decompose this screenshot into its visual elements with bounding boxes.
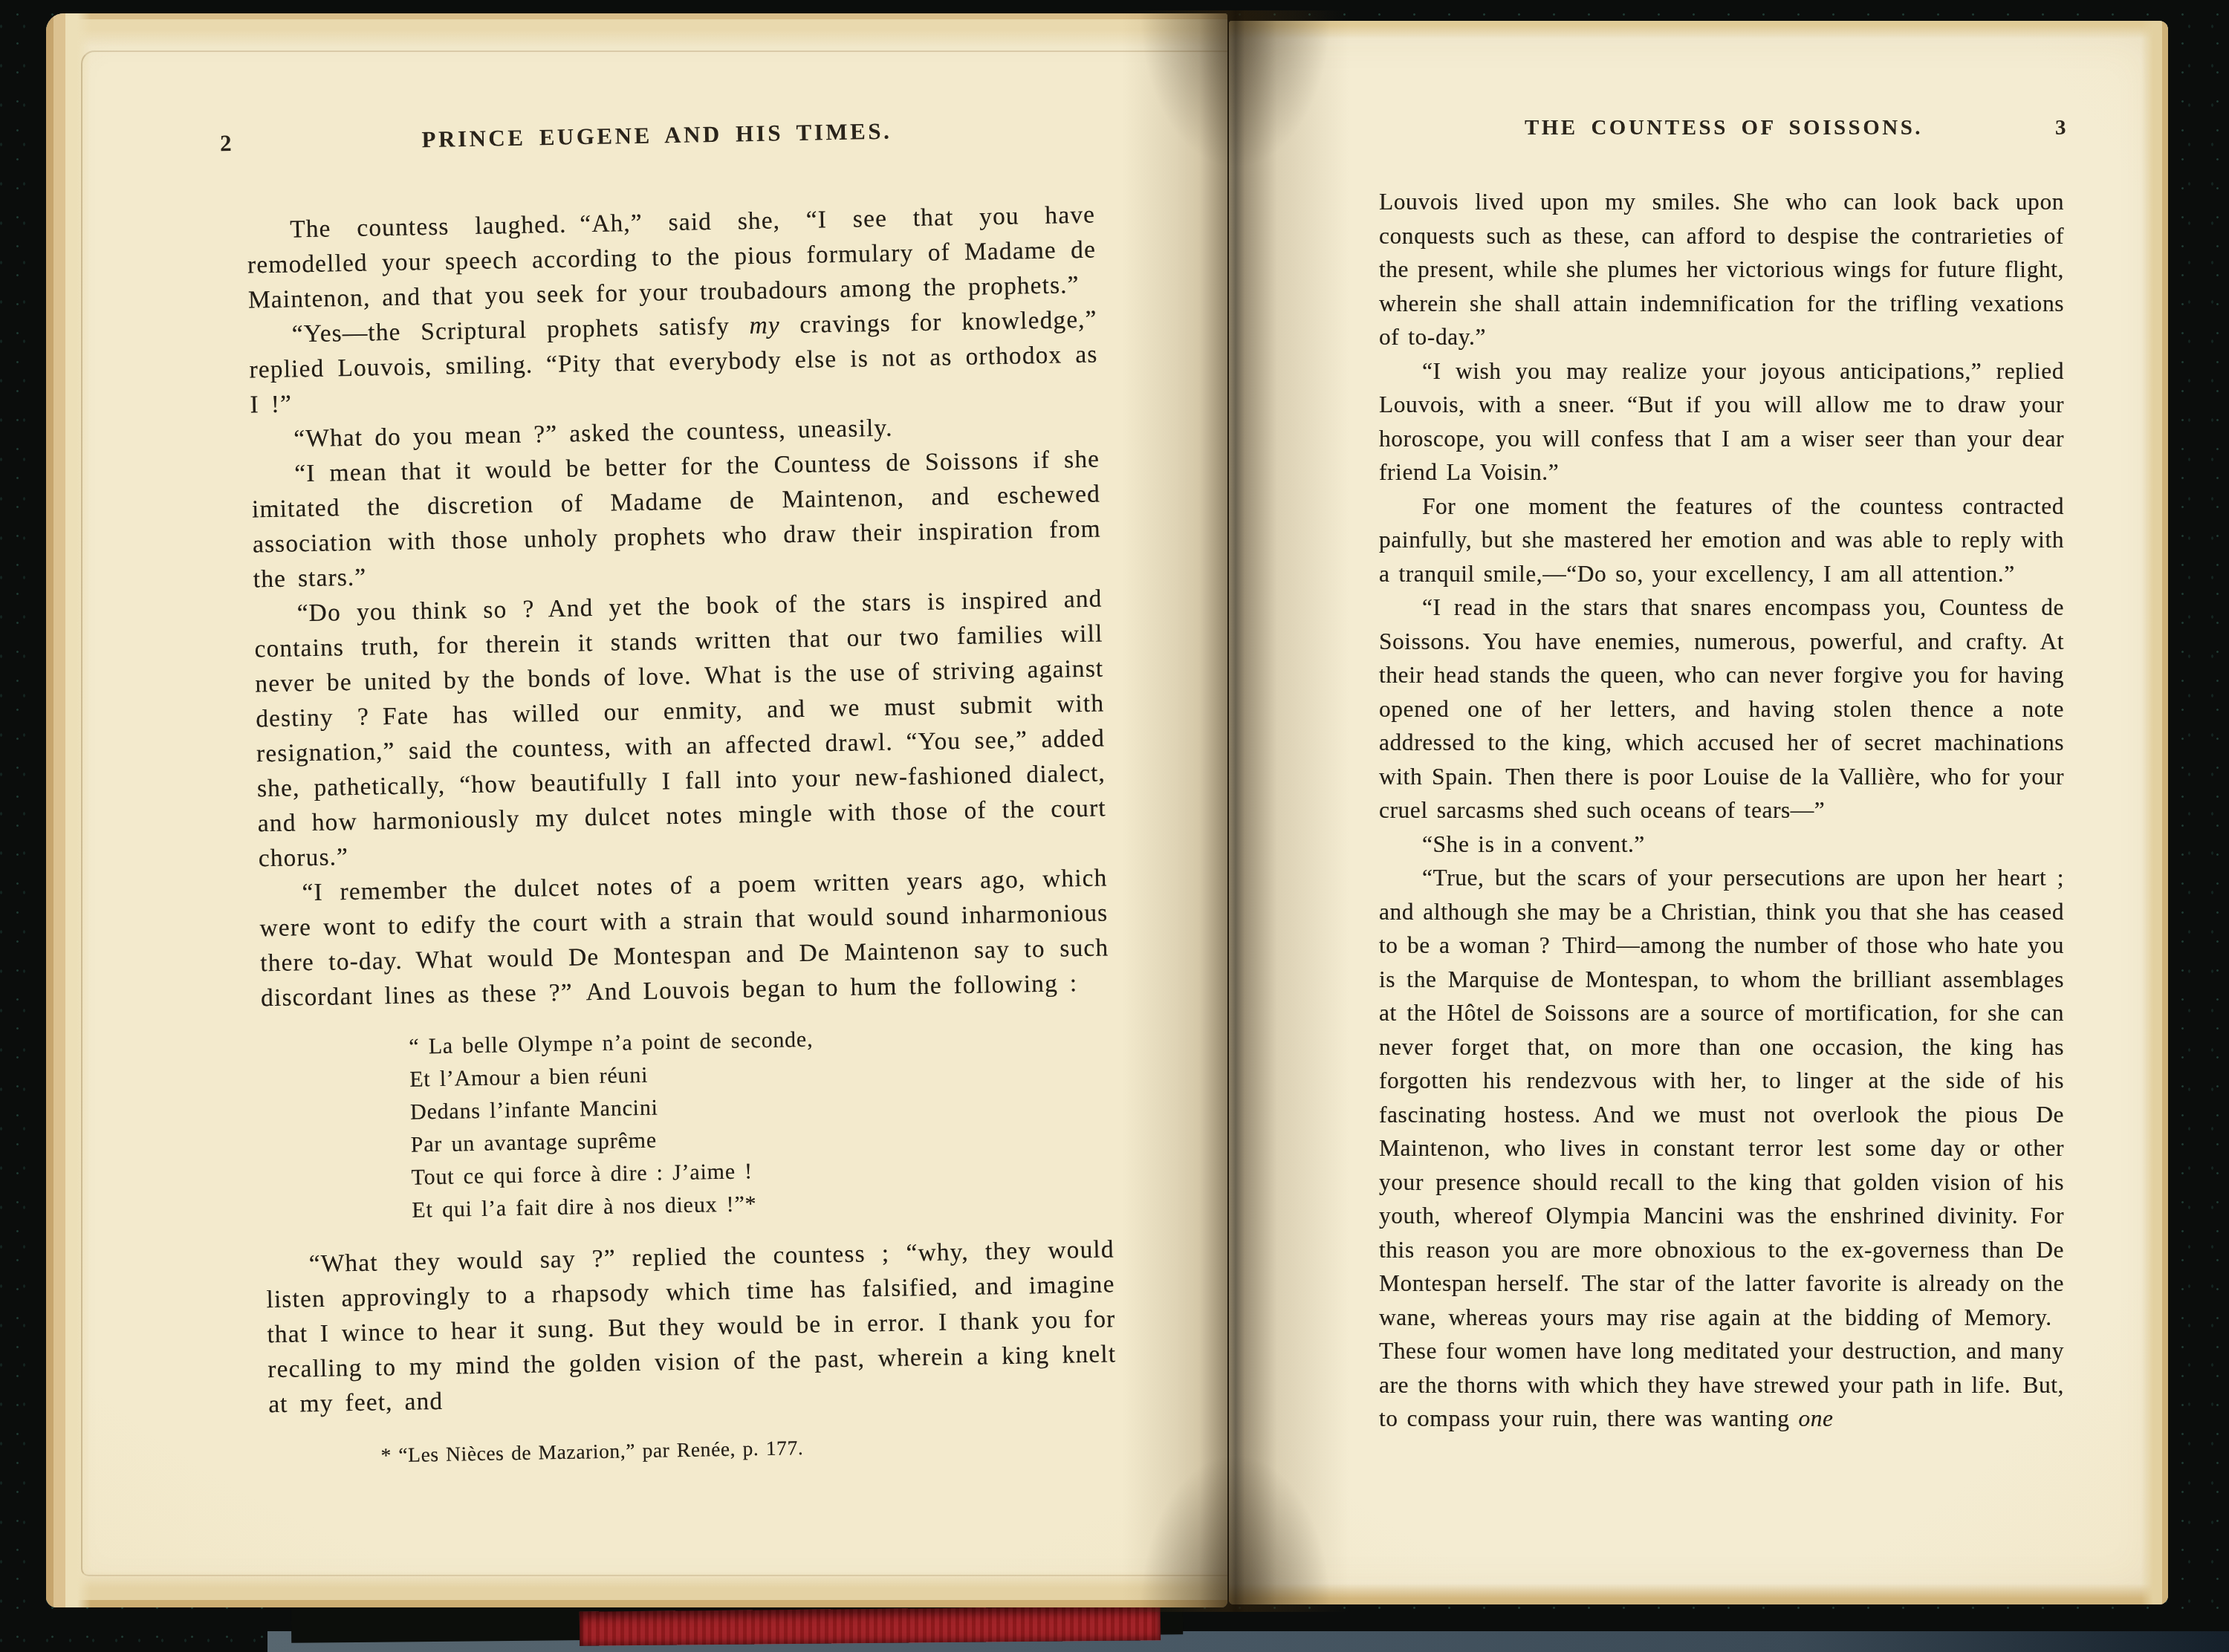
page-right-body: Louvois lived upon my smiles. She who ca… — [1379, 185, 2064, 1436]
page-left: 2 PRINCE EUGENE AND HIS TIMES. The count… — [46, 13, 1227, 1607]
paragraph: “I wish you may realize your joyous anti… — [1379, 354, 2064, 490]
running-head: PRINCE EUGENE AND HIS TIMES. — [282, 115, 1031, 155]
text-segment: “True, but the scars of your persecution… — [1379, 865, 2064, 1431]
footnote: * “Les Nièces de Mazarion,” par Renée, p… — [380, 1428, 1117, 1469]
running-head: THE COUNTESS OF SOISSONS. — [1441, 116, 2006, 140]
open-book-spread: 2 PRINCE EUGENE AND HIS TIMES. The count… — [46, 10, 2168, 1612]
italic-word: my — [749, 311, 780, 339]
paragraph: “She is in a convent.” — [1379, 827, 2064, 862]
header-spacer — [1031, 135, 1094, 137]
paragraph: “I remember the dulcet notes of a poem w… — [259, 860, 1109, 1015]
paragraph: “I mean that it would be better for the … — [251, 442, 1102, 597]
text-segment: “Yes—the Scriptural prophets satisfy — [291, 312, 749, 348]
italic-word: one — [1798, 1405, 1833, 1431]
paragraph: “I read in the stars that snares encompa… — [1379, 591, 2064, 827]
book-cover-red-cloth — [580, 1606, 1161, 1646]
page-left-content: 2 PRINCE EUGENE AND HIS TIMES. The count… — [245, 114, 1118, 1471]
page-right-content: THE COUNTESS OF SOISSONS. 3 Louvois live… — [1379, 116, 2064, 1436]
paragraph: Louvois lived upon my smiles. She who ca… — [1379, 185, 2064, 354]
paragraph: “True, but the scars of your persecution… — [1379, 861, 2064, 1436]
page-right: THE COUNTESS OF SOISSONS. 3 Louvois live… — [1229, 21, 2168, 1604]
page-left-header: 2 PRINCE EUGENE AND HIS TIMES. — [245, 114, 1094, 157]
page-right-header: THE COUNTESS OF SOISSONS. 3 — [1379, 116, 2064, 140]
paragraph: The countess laughed. “Ah,” said she, “I… — [247, 198, 1097, 318]
paragraph: “Yes—the Scriptural prophets satisfy my … — [248, 302, 1098, 423]
paragraph: For one moment the features of the count… — [1379, 490, 2064, 591]
verse-block: “ La belle Olympe n’a point de seconde, … — [409, 1018, 1114, 1226]
paragraph: “What they would say ?” replied the coun… — [265, 1232, 1117, 1422]
page-left-body: The countess laughed. “Ah,” said she, “I… — [247, 198, 1118, 1471]
page-number: 3 — [2006, 116, 2069, 140]
paragraph: “Do you think so ? And yet the book of t… — [253, 581, 1107, 876]
page-number: 2 — [220, 129, 283, 157]
